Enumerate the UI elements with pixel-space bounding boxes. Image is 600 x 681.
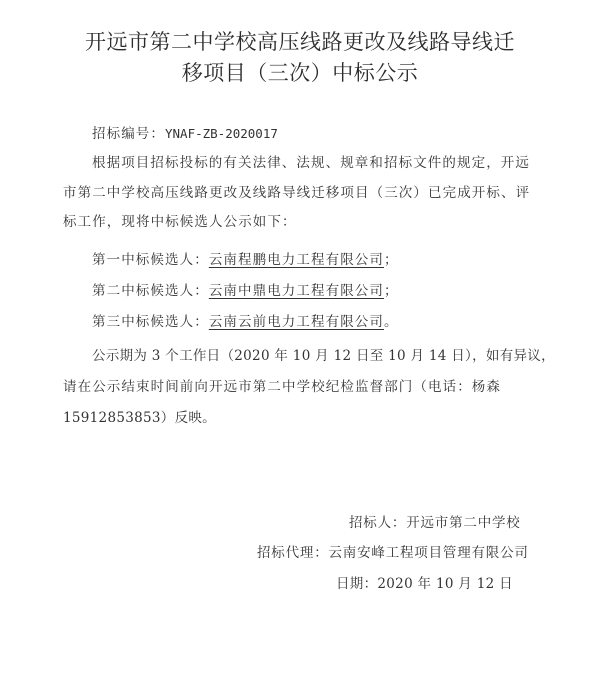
candidate-1-end: ； xyxy=(384,252,399,268)
document-title-line-2: 移项目（三次）中标公示 xyxy=(0,58,600,88)
candidate-3-label: 第三中标候选人： xyxy=(92,314,209,330)
candidate-2-label: 第二中标候选人： xyxy=(92,283,209,299)
candidate-1-label: 第一中标候选人： xyxy=(92,252,209,268)
candidate-2-name: 云南中鼎电力工程有限公司 xyxy=(209,283,384,299)
candidate-1-name: 云南程鹏电力工程有限公司 xyxy=(209,252,384,268)
candidate-3: 第三中标候选人：云南云前电力工程有限公司。 xyxy=(92,312,562,332)
candidate-2-end: ； xyxy=(384,283,399,299)
document-title-line-1: 开远市第二中学校高压线路更改及线路导线迁 xyxy=(0,27,600,57)
notice-line-2: 请在公示结束时间前向开远市第二中学校纪检监督部门（电话：杨森 xyxy=(63,377,533,397)
signature-date: 日期：2020 年 10 月 12 日 xyxy=(336,574,513,594)
intro-line-1: 根据项目招标投标的有关法律、法规、规章和招标文件的规定，开远 xyxy=(92,153,562,173)
signature-tenderer: 招标人：开远市第二中学校 xyxy=(349,513,521,533)
notice-line-3: 15912853853）反映。 xyxy=(63,408,533,428)
tender-number-value: YNAF-ZB-2020017 xyxy=(165,126,278,141)
notice-line-1: 公示期为 3 个工作日（2020 年 10 月 12 日至 10 月 14 日）… xyxy=(92,346,562,366)
candidate-3-end: 。 xyxy=(384,314,399,330)
intro-line-2: 市第二中学校高压线路更改及线路导线迁移项目（三次）已完成开标、评 xyxy=(63,183,533,203)
signature-agent: 招标代理：云南安峰工程项目管理有限公司 xyxy=(257,543,529,563)
intro-line-3: 标工作，现将中标候选人公示如下： xyxy=(63,212,533,232)
candidate-2: 第二中标候选人：云南中鼎电力工程有限公司； xyxy=(92,281,562,301)
candidate-3-name: 云南云前电力工程有限公司 xyxy=(209,314,384,330)
tender-number-label: 招标编号： xyxy=(92,126,165,142)
tender-number: 招标编号：YNAF-ZB-2020017 xyxy=(92,124,562,144)
candidate-1: 第一中标候选人：云南程鹏电力工程有限公司； xyxy=(92,250,562,270)
